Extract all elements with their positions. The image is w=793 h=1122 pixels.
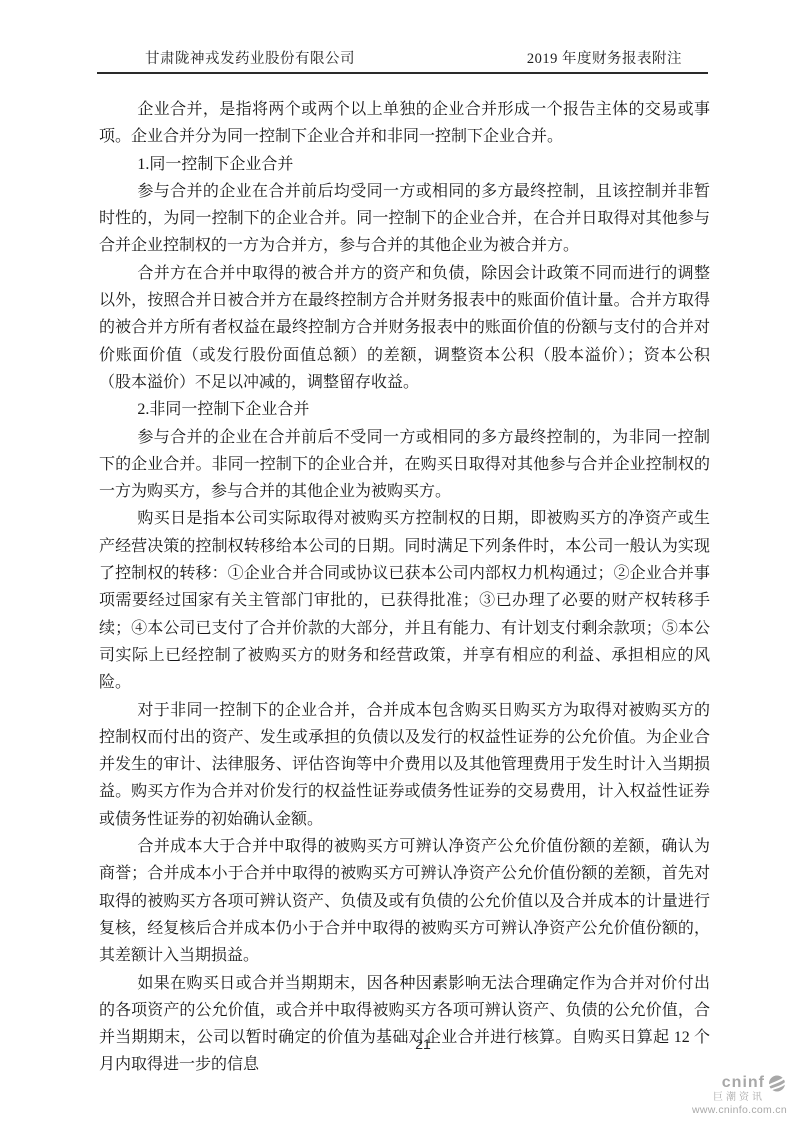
- body-paragraph: 参与合并的企业在合并前后均受同一方或相同的多方最终控制，且该控制并非暂时性的，为…: [99, 178, 710, 260]
- section-heading-non-same-control: 2.非同一控制下企业合并: [99, 396, 710, 423]
- header-rule: [97, 72, 708, 74]
- body-paragraph: 合并成本大于合并中取得的被购买方可辨认净资产公允价值份额的差额，确认为商誉；合并…: [99, 833, 710, 969]
- header-company-name: 甘肃陇神戎发药业股份有限公司: [99, 47, 355, 68]
- body-paragraph: 对于非同一控制下的企业合并，合并成本包含购买日购买方为取得对被购买方的控制权而付…: [99, 697, 710, 833]
- cninfo-url: www.cninfo.com.cn: [692, 1105, 787, 1116]
- page-header: 甘肃陇神戎发药业股份有限公司 2019 年度财务报表附注: [99, 47, 708, 68]
- body-paragraph-intro: 企业合并，是指将两个或两个以上单独的企业合并形成一个报告主体的交易或事项。企业合…: [99, 96, 710, 151]
- cninfo-brand-cn: 巨潮资讯: [692, 1093, 787, 1104]
- cninfo-logo: cninf 巨潮资讯 www.cninfo.com.cn: [692, 1074, 787, 1116]
- section-heading-same-control: 1.同一控制下企业合并: [99, 151, 710, 178]
- cninfo-swirl-icon: [767, 1074, 787, 1092]
- page-number: 21: [53, 1036, 793, 1052]
- header-doc-title: 2019 年度财务报表附注: [527, 47, 708, 68]
- body-paragraph: 合并方在合并中取得的被合并方的资产和负债，除因会计政策不同而进行的调整以外，按照…: [99, 260, 710, 396]
- body-paragraph: 购买日是指本公司实际取得对被购买方控制权的日期，即被购买方的净资产或生产经营决策…: [99, 505, 710, 696]
- body-paragraph: 如果在购买日或合并当期期末，因各种因素影响无法合理确定作为合并对价付出的各项资产…: [99, 970, 710, 1079]
- body-paragraph: 参与合并的企业在合并前后不受同一方或相同的多方最终控制的，为非同一控制下的企业合…: [99, 424, 710, 506]
- cninfo-brand-text: cninf: [722, 1075, 765, 1092]
- document-page: 甘肃陇神戎发药业股份有限公司 2019 年度财务报表附注 企业合并，是指将两个或…: [0, 0, 793, 1122]
- document-body: 企业合并，是指将两个或两个以上单独的企业合并形成一个报告主体的交易或事项。企业合…: [99, 96, 710, 1079]
